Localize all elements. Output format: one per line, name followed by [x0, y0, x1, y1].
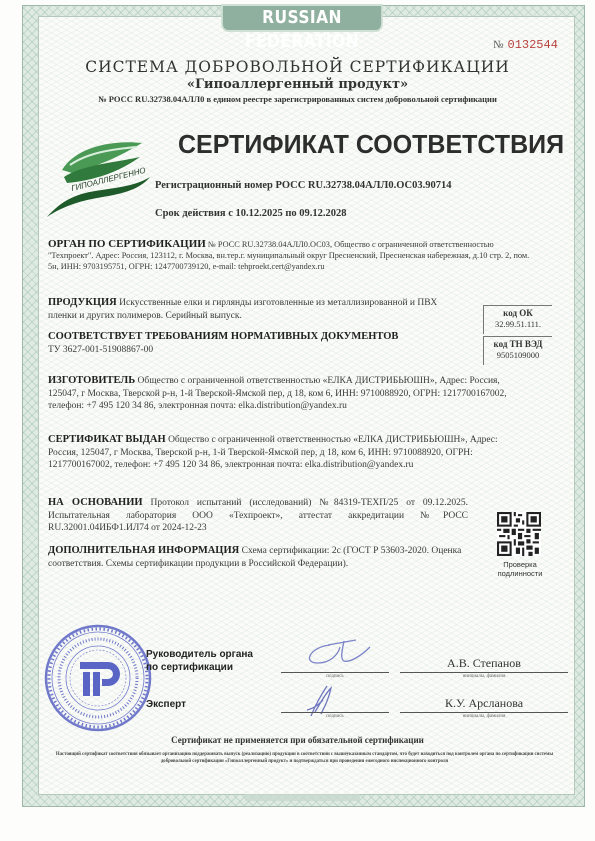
- head-name: А.В. Степанов: [400, 656, 568, 671]
- footer-title: Сертификат не применяется при обязательн…: [0, 735, 595, 745]
- section-label: ОРГАН ПО СЕРТИФИКАЦИИ: [48, 238, 206, 250]
- tnved-code-box: код ТН ВЭД 9505109000: [483, 336, 552, 365]
- section-label: СЕРТИФИКАТ ВЫДАН: [48, 434, 166, 445]
- certification-body-section: ОРГАН ПО СЕРТИФИКАЦИИ № РОСС RU.32738.04…: [48, 239, 538, 272]
- section-label: НА ОСНОВАНИИ: [48, 497, 143, 508]
- issued-to-section: СЕРТИФИКАТ ВЫДАН Общество с ограниченной…: [48, 434, 528, 472]
- expert-role-label: Эксперт: [146, 698, 186, 711]
- section-label: СООТВЕТСТВУЕТ ТРЕБОВАНИЯМ НОРМАТИВНЫХ ДО…: [48, 331, 468, 344]
- authenticity-check-label: Проверка подлинности: [484, 560, 556, 578]
- expert-signature-line: [281, 712, 389, 713]
- system-name: «Гипоаллергенный продукт»: [0, 77, 595, 92]
- expert-name: К.У. Арсланова: [400, 696, 568, 711]
- name-caption: инициалы, фамилия: [400, 674, 568, 679]
- code-label: код ОК: [484, 308, 552, 319]
- system-registry: № РОСС RU.32738.04АЛЛ0 в едином реестре …: [0, 94, 595, 104]
- additional-info-section: ДОПОЛНИТЕЛЬНАЯ ИНФОРМАЦИЯ Схема сертифик…: [48, 545, 468, 570]
- certificate-number: №0132544: [493, 38, 558, 52]
- validity-period: Срок действия с 10.12.2025 по 09.12.2028: [155, 208, 347, 219]
- expert-name-line: [400, 712, 568, 713]
- signature-caption: подпись: [281, 674, 389, 679]
- country-banner: RUSSIAN FEDERATION: [221, 4, 383, 32]
- code-label: код ТН ВЭД: [484, 339, 552, 350]
- footer-note: Настоящий сертификат соответствия обязыв…: [52, 752, 557, 765]
- basis-section: НА ОСНОВАНИИ Протокол испытаний (исследо…: [48, 497, 468, 535]
- head-role-label: Руководитель органа по сертификации: [146, 648, 266, 674]
- section-label: ДОПОЛНИТЕЛЬНАЯ ИНФОРМАЦИЯ: [48, 545, 239, 556]
- section-text: ТУ 3627-001-51908867-00: [48, 345, 153, 355]
- organization-stamp-icon: [42, 614, 154, 744]
- product-section: ПРОДУКЦИЯ Искусственные елки и гирлянды …: [48, 297, 438, 322]
- okpd-code-box: код ОК 32.99.51.111.: [483, 305, 552, 334]
- norms-section: СООТВЕТСТВУЕТ ТРЕБОВАНИЯМ НОРМАТИВНЫХ ДО…: [48, 331, 468, 356]
- system-title: СИСТЕМА ДОБРОВОЛЬНОЙ СЕРТИФИКАЦИИ: [0, 58, 595, 76]
- number-sign: №: [493, 39, 504, 51]
- hypoallergenic-leaf-logo-icon: ГИПОАЛЛЕРГЕННО: [42, 135, 152, 220]
- signature-caption: подпись: [281, 714, 389, 719]
- section-label: ИЗГОТОВИТЕЛЬ: [48, 375, 135, 386]
- head-signature-icon: [300, 637, 380, 667]
- head-signature-line: [281, 672, 389, 673]
- number-value: 0132544: [508, 38, 558, 52]
- section-label: ПРОДУКЦИЯ: [48, 297, 117, 308]
- code-value: 32.99.51.111.: [484, 319, 552, 330]
- registration-number: Регистрационный номер РОСС RU.32738.04АЛ…: [155, 180, 451, 191]
- qr-code-icon[interactable]: [497, 512, 541, 556]
- head-name-line: [400, 672, 568, 673]
- code-value: 9505109000: [484, 350, 552, 361]
- bottom-microtext-strip: [245, 794, 360, 801]
- manufacturer-section: ИЗГОТОВИТЕЛЬ Общество с ограниченной отв…: [48, 375, 528, 413]
- certificate-title: СЕРТИФИКАТ СООТВЕТСТВИЯ: [178, 131, 564, 160]
- name-caption: инициалы, фамилия: [400, 714, 568, 719]
